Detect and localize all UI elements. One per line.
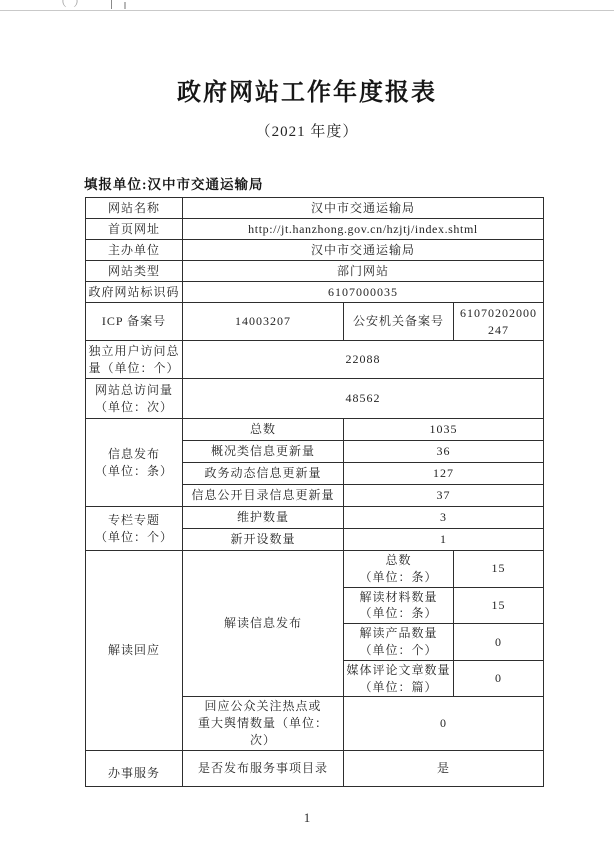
- table-row: 办事服务 是否发布服务事项目录 是: [86, 750, 544, 786]
- columns-new-value: 1: [344, 529, 544, 551]
- info-catalog-label: 信息公开目录信息更新量: [183, 485, 344, 507]
- homepage-label: 首页网址: [86, 219, 183, 240]
- info-overview-value: 36: [344, 441, 544, 463]
- site-code-label: 政府网站标识码: [86, 282, 183, 303]
- annual-report-table: 网站名称 汉中市交通运输局 首页网址 http://jt.hanzhong.go…: [85, 197, 544, 787]
- services-catalog-value: 是: [344, 750, 544, 786]
- homepage-url: http://jt.hanzhong.gov.cn/hzjtj/index.sh…: [183, 219, 544, 240]
- table-row: 政府网站标识码 6107000035: [86, 282, 544, 303]
- table-row: 网站总访问量 （单位：次） 48562: [86, 379, 544, 419]
- table-row: 解读回应 解读信息发布 总数 （单位：条） 15: [86, 551, 544, 588]
- page-title: 政府网站工作年度报表: [0, 72, 614, 107]
- previous-page-mark: [124, 2, 126, 9]
- interpretation-section: 解读回应: [86, 551, 183, 751]
- columns-maintained-label: 维护数量: [183, 507, 344, 529]
- police-record-value: 61070202000 247: [454, 303, 544, 341]
- table-row: 网站类型 部门网站: [86, 261, 544, 282]
- unique-visitors-label: 独立用户访问总 量（单位：个）: [86, 341, 183, 379]
- services-section: 办事服务: [86, 750, 183, 786]
- site-type-label: 网站类型: [86, 261, 183, 282]
- interp-media-value: 0: [454, 660, 544, 697]
- table-row: 信息发布 （单位：条） 总数 1035: [86, 419, 544, 441]
- previous-page-fragment: （）: [54, 0, 92, 10]
- info-total-label: 总数: [183, 419, 344, 441]
- total-visits-value: 48562: [183, 379, 544, 419]
- site-type-value: 部门网站: [183, 261, 544, 282]
- organizer-value: 汉中市交通运输局: [183, 240, 544, 261]
- previous-page-table-border: [111, 0, 112, 9]
- columns-new-label: 新开设数量: [183, 529, 344, 551]
- site-name-value: 汉中市交通运输局: [183, 198, 544, 219]
- services-catalog-label: 是否发布服务事项目录: [183, 750, 344, 786]
- table-row: 独立用户访问总 量（单位：个） 22088: [86, 341, 544, 379]
- police-record-label: 公安机关备案号: [344, 303, 454, 341]
- table-row: 首页网址 http://jt.hanzhong.gov.cn/hzjtj/ind…: [86, 219, 544, 240]
- icp-value: 14003207: [183, 303, 344, 341]
- hotspot-value: 0: [344, 697, 544, 750]
- table-row: 主办单位 汉中市交通运输局: [86, 240, 544, 261]
- info-publish-section: 信息发布 （单位：条）: [86, 419, 183, 507]
- table-row: 网站名称 汉中市交通运输局: [86, 198, 544, 219]
- previous-page-edge: （）: [0, 0, 614, 11]
- page-number: 1: [0, 810, 614, 826]
- interp-total-label: 总数 （单位：条）: [344, 551, 454, 588]
- info-dynamics-value: 127: [344, 463, 544, 485]
- table-row: ICP 备案号 14003207 公安机关备案号 61070202000 247: [86, 303, 544, 341]
- site-name-label: 网站名称: [86, 198, 183, 219]
- reporting-unit: 填报单位:汉中市交通运输局: [84, 173, 264, 193]
- interp-products-label: 解读产品数量 （单位：个）: [344, 624, 454, 661]
- info-catalog-value: 37: [344, 485, 544, 507]
- interpretation-publish-label: 解读信息发布: [183, 551, 344, 697]
- icp-label: ICP 备案号: [86, 303, 183, 341]
- table-row: 专栏专题 （单位：个） 维护数量 3: [86, 507, 544, 529]
- info-dynamics-label: 政务动态信息更新量: [183, 463, 344, 485]
- hotspot-label: 回应公众关注热点或 重大舆情数量（单位： 次）: [183, 697, 344, 750]
- total-visits-label: 网站总访问量 （单位：次）: [86, 379, 183, 419]
- interp-total-value: 15: [454, 551, 544, 588]
- info-total-value: 1035: [344, 419, 544, 441]
- special-columns-section: 专栏专题 （单位：个）: [86, 507, 183, 551]
- interp-materials-value: 15: [454, 587, 544, 624]
- site-code-value: 6107000035: [183, 282, 544, 303]
- columns-maintained-value: 3: [344, 507, 544, 529]
- interp-materials-label: 解读材料数量 （单位：条）: [344, 587, 454, 624]
- interp-media-label: 媒体评论文章数量 （单位：篇）: [344, 660, 454, 697]
- info-overview-label: 概况类信息更新量: [183, 441, 344, 463]
- interp-products-value: 0: [454, 624, 544, 661]
- organizer-label: 主办单位: [86, 240, 183, 261]
- unique-visitors-value: 22088: [183, 341, 544, 379]
- page-subtitle: （2021 年度）: [0, 120, 614, 141]
